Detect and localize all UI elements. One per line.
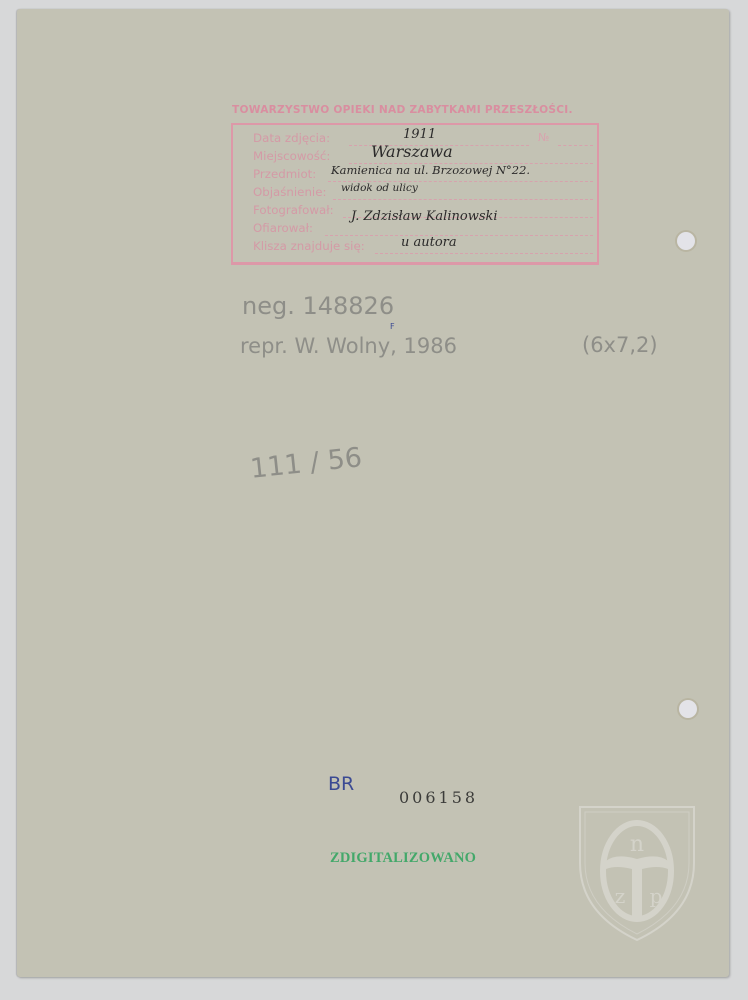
stamp-box: Data zdjęcia: 1911 № Miejscowość: Warsza… <box>231 123 599 265</box>
stamp-value-donor: J. Zdzisław Kalinowski <box>351 209 498 224</box>
pencil-size-note: (6x7,2) <box>582 333 658 357</box>
stamp-value-explanation: widok od ulicy <box>341 182 418 194</box>
stamp-row-subject: Przedmiot: Kamienica na ul. Brzozowej N°… <box>253 167 593 183</box>
stamp-value-negative-location: u autora <box>401 235 457 250</box>
punch-hole-top <box>677 232 695 250</box>
svg-text:n: n <box>630 832 644 857</box>
stamp-header: TOWARZYSTWO OPIEKI NAD ZABYTKAMI PRZESZŁ… <box>232 104 602 116</box>
stamp-value-place: Warszawa <box>371 142 453 161</box>
blue-mark: F <box>390 322 395 331</box>
stamp-label: Fotografował: <box>253 203 334 217</box>
stamp-value-date: 1911 <box>403 127 436 142</box>
pencil-reproduction-note: repr. W. Wolny, 1986 <box>240 334 457 358</box>
stamp-row-negative-location: Klisza znajduje się: u autora <box>253 239 593 255</box>
stamp-row-explanation: Objaśnienie: widok od ulicy <box>253 185 593 201</box>
inventory-number: 006158 <box>399 788 478 807</box>
svg-text:p: p <box>650 884 663 908</box>
stamp-label: Ofiarował: <box>253 221 313 235</box>
stamp-label: Klisza znajduje się: <box>253 239 365 253</box>
stamp-label: Objaśnienie: <box>253 185 326 199</box>
digitized-stamp: ZDIGITALIZOWANO <box>330 850 476 867</box>
number-label: № <box>538 131 549 144</box>
dotted-line <box>375 253 593 254</box>
dotted-line <box>325 235 593 236</box>
dotted-line <box>558 145 593 146</box>
stamp-label: Przedmiot: <box>253 167 316 181</box>
punch-hole-bottom <box>679 700 697 718</box>
stamp-label: Miejscowość: <box>253 149 330 163</box>
dotted-line <box>333 199 593 200</box>
stamp-label: Data zdjęcia: <box>253 131 330 145</box>
stamp-value-subject: Kamienica na ul. Brzozowej N°22. <box>331 163 530 177</box>
blue-code: BR <box>328 773 354 795</box>
pencil-negative-number: neg. 148826 <box>242 292 394 320</box>
nzp-shield-watermark-icon: n z p <box>576 803 698 943</box>
svg-text:z: z <box>615 884 626 908</box>
